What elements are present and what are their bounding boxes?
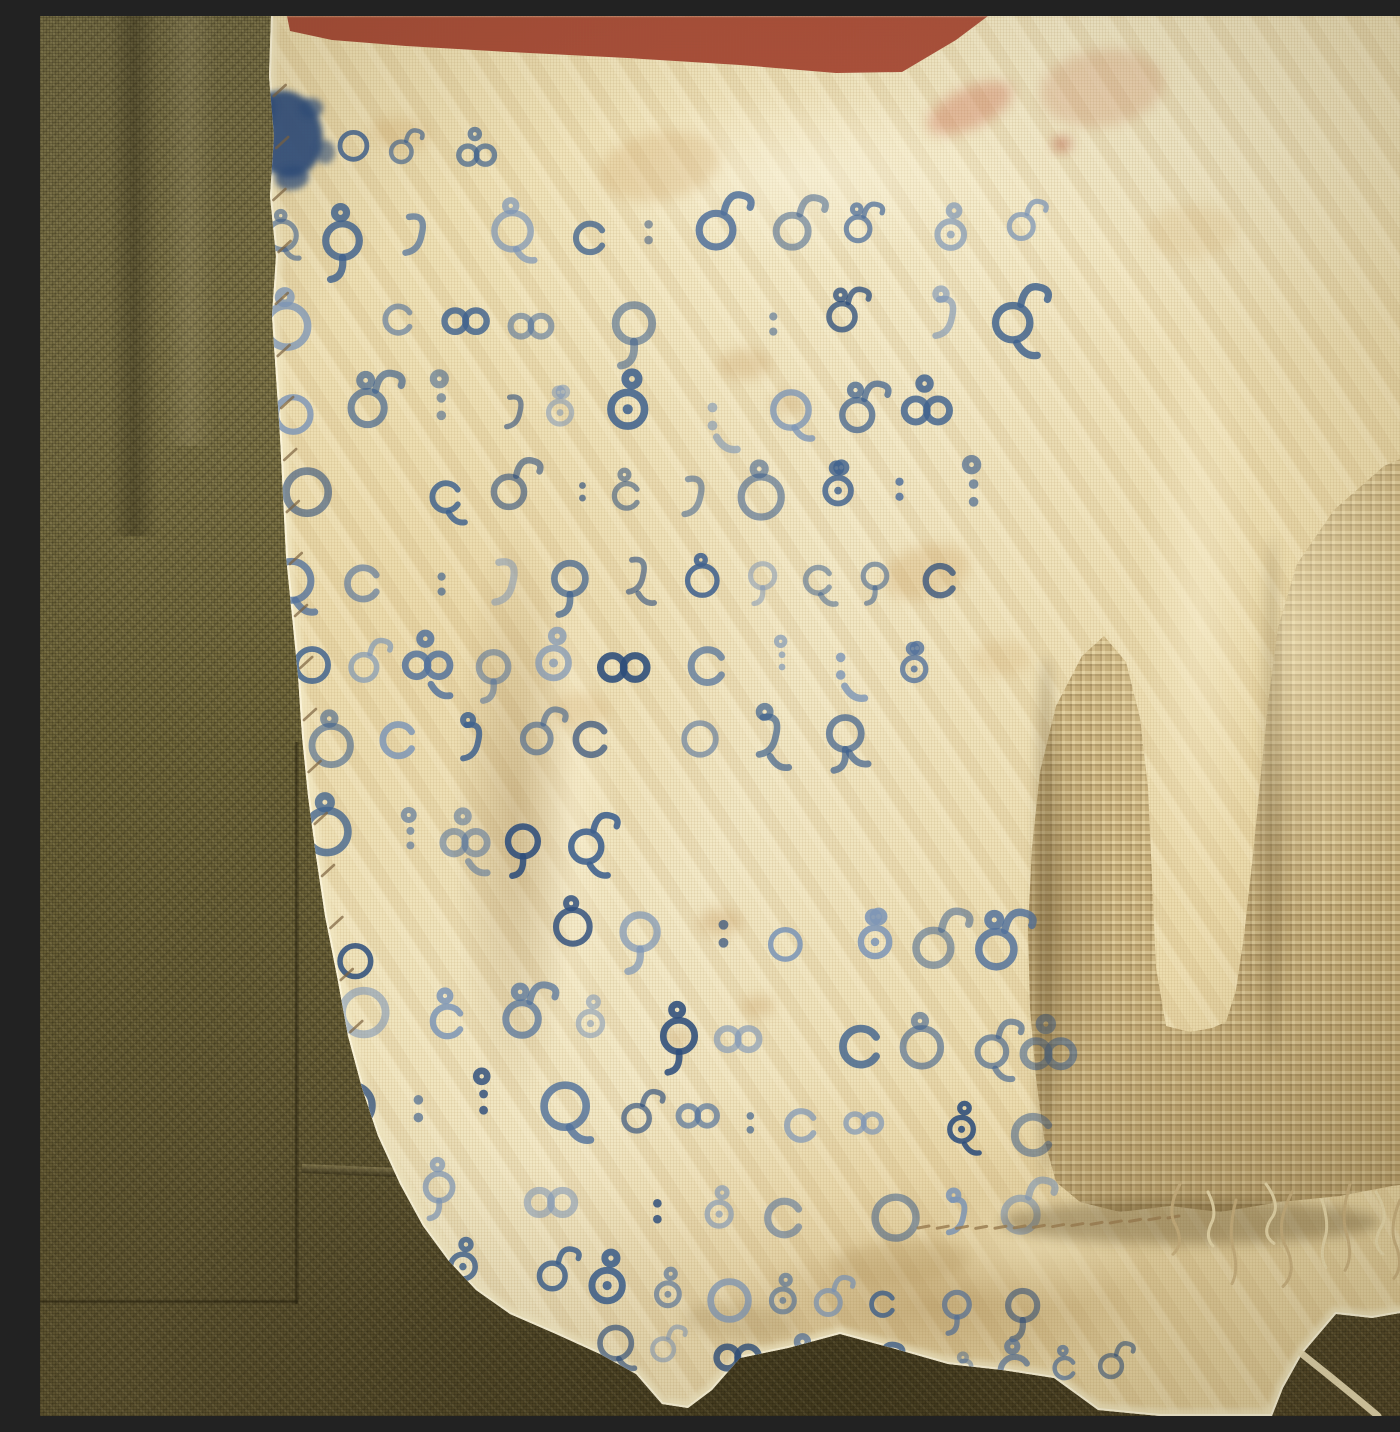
silk-cloth — [40, 16, 1400, 1416]
wool-seam-horizontal — [40, 1299, 298, 1304]
ink-blot — [240, 83, 335, 193]
script-and-thread-overlay — [40, 16, 1400, 1416]
script-line — [354, 1160, 1055, 1238]
red-stripe — [40, 16, 1400, 1416]
script-line — [394, 1240, 1037, 1340]
script-line — [556, 898, 1033, 971]
silk-frayed-edge — [269, 16, 1400, 1416]
script-line — [332, 1071, 1048, 1153]
stain-blotches — [368, 42, 1238, 1346]
wool-fold-highlight — [164, 16, 216, 446]
script-line — [340, 946, 371, 977]
blood-chit-photograph — [40, 16, 1400, 1416]
script-line — [312, 706, 868, 770]
silk-wrinkle-shading — [40, 16, 1400, 1416]
script-line — [272, 555, 953, 614]
wool-crease — [302, 1164, 694, 1189]
script-line — [266, 287, 1048, 366]
stitches-and-fringe — [273, 85, 1400, 1416]
script-line — [600, 1327, 1134, 1402]
wool-fold-shadow — [110, 16, 158, 536]
burlap-shading — [40, 16, 1400, 1416]
script-line — [268, 195, 1046, 280]
wool-seam-vertical — [294, 742, 299, 1304]
script-line — [296, 630, 926, 701]
wool-background — [40, 16, 1400, 1416]
script-line — [276, 372, 950, 449]
photo-vignette — [40, 16, 1400, 1416]
burmese-script-lines — [266, 129, 1134, 1402]
script-line — [342, 985, 1073, 1079]
script-line — [340, 129, 494, 164]
script-line — [306, 796, 618, 876]
burlap-backing-patch — [40, 16, 1400, 1416]
script-line — [286, 459, 978, 523]
